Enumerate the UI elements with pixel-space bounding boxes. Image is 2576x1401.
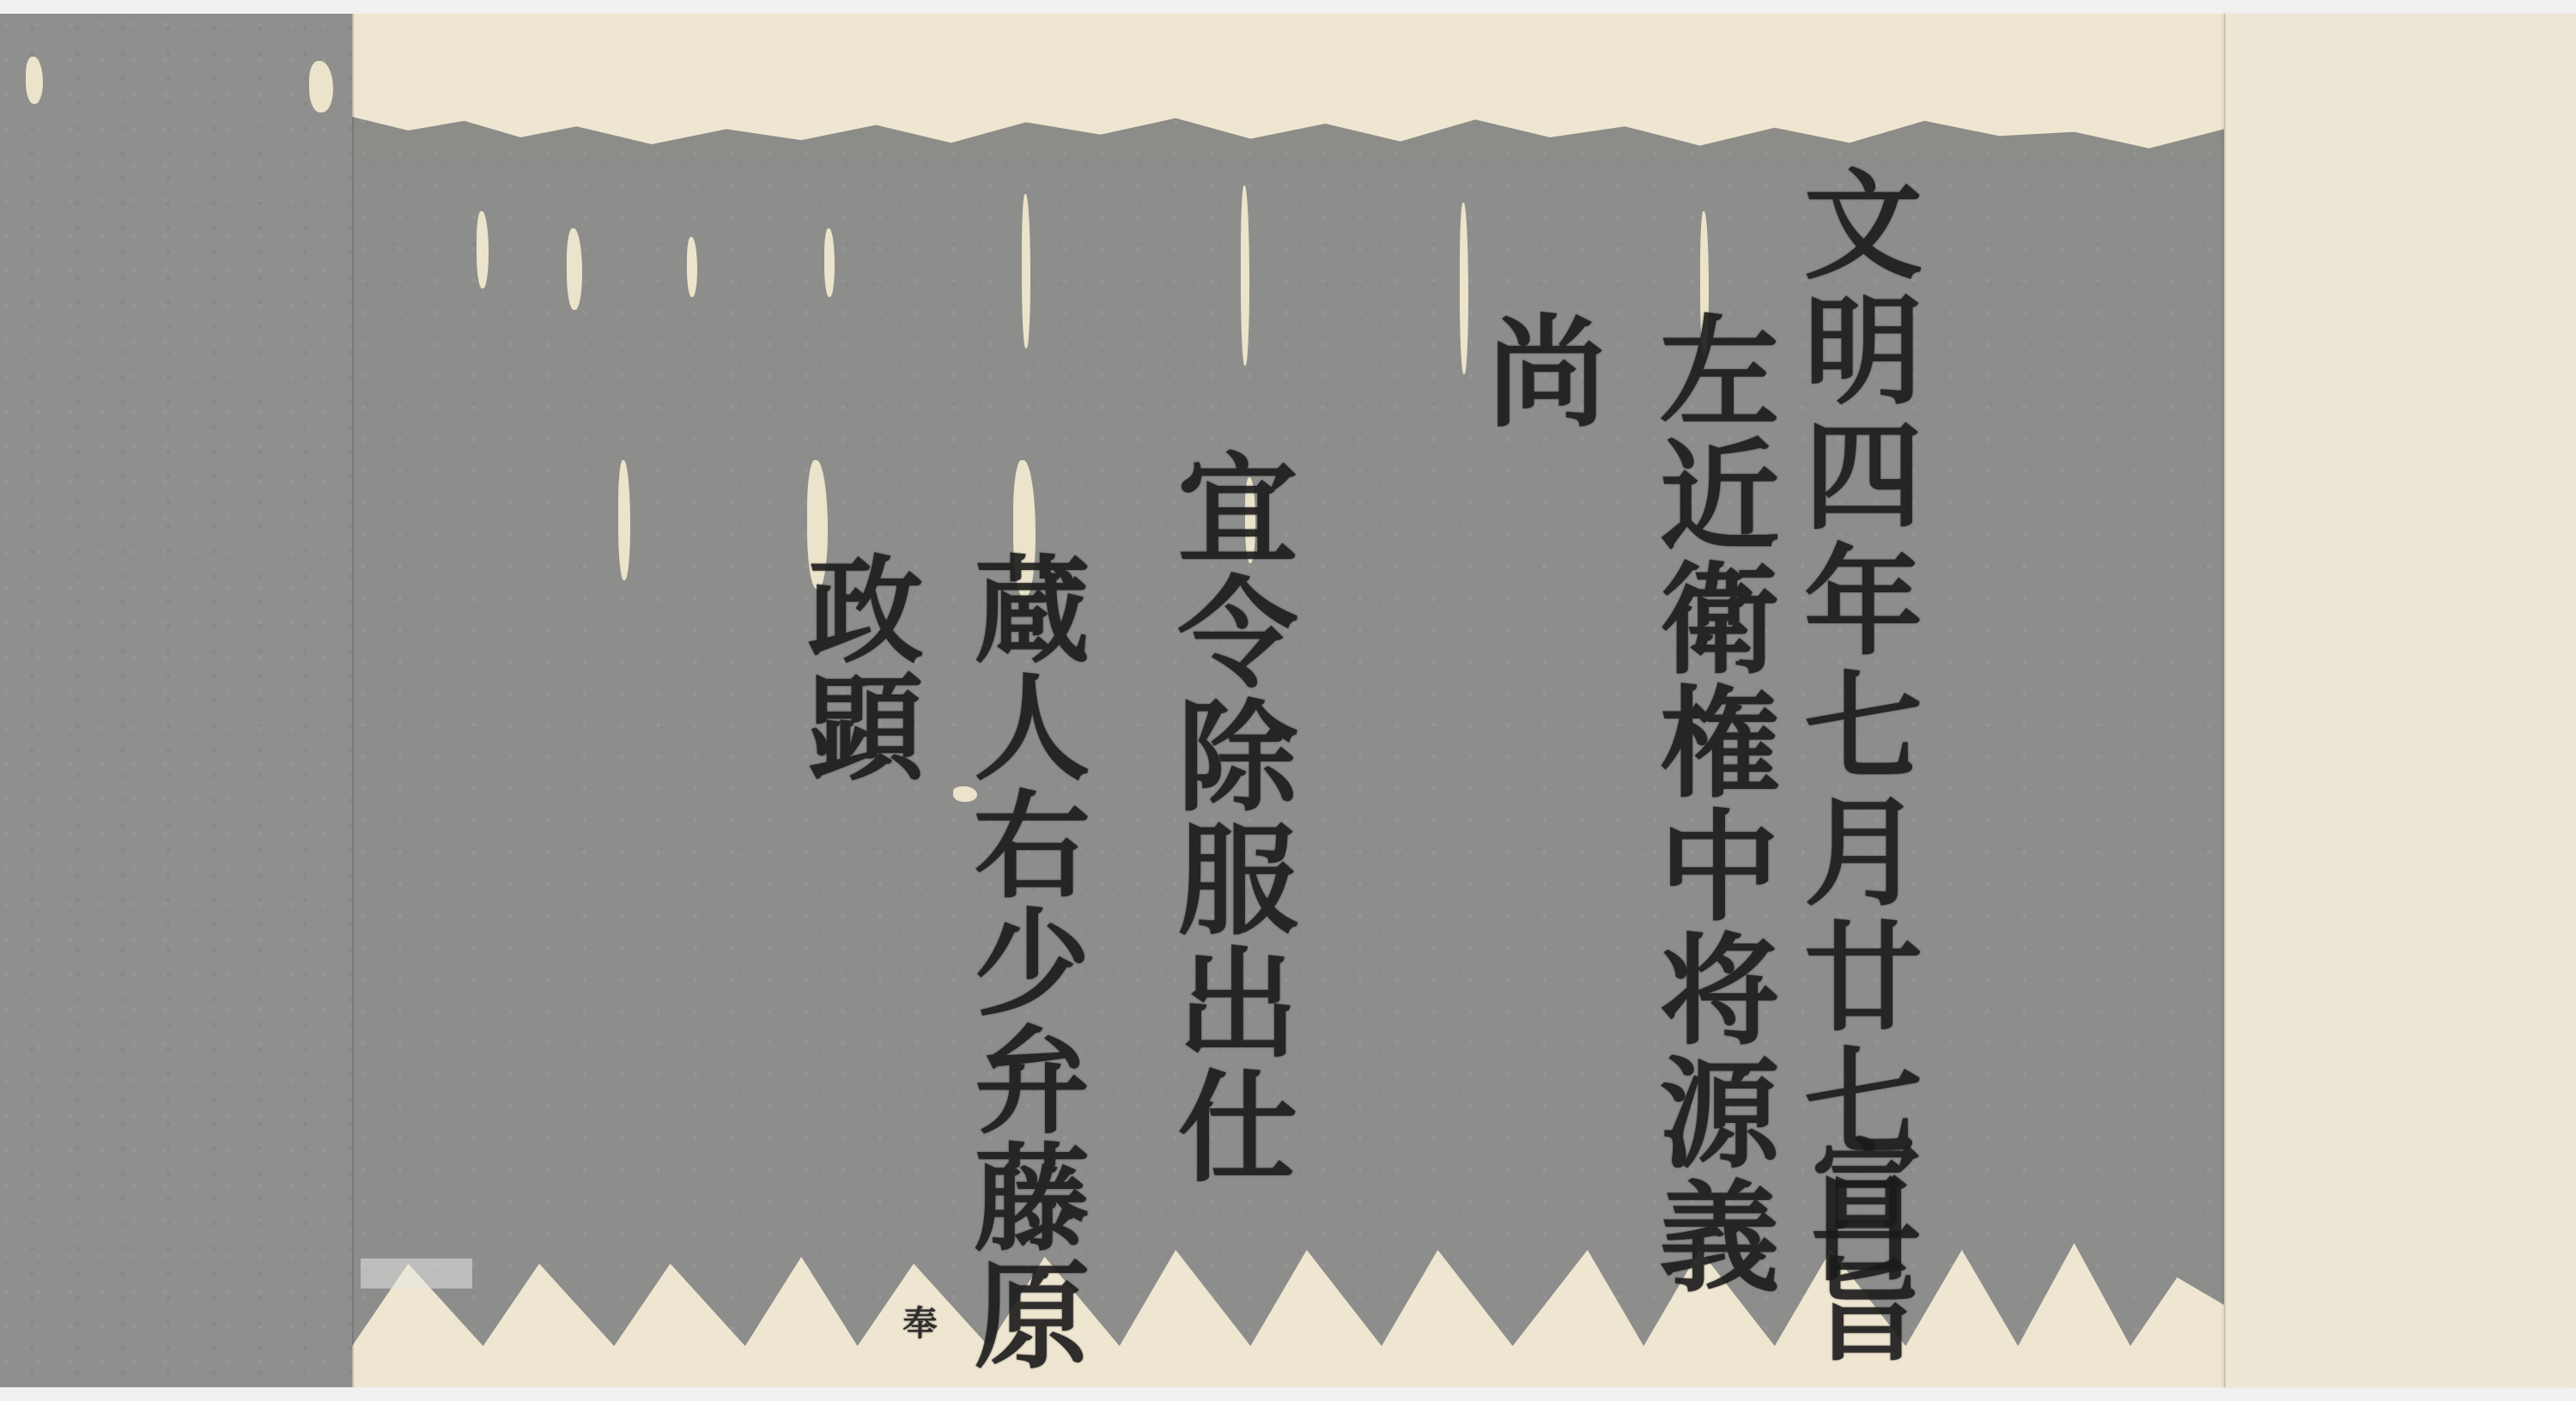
text-column-issuer: 蔵人右少弁藤原政顕	[773, 549, 1106, 1374]
calligraphy-text: 文明四年七月廿七日 宣旨 左近衛権中将源義尚 宜令除服出仕 蔵人右少弁藤原政顕 …	[0, 0, 2576, 1374]
text-column-date-suffix: 宣旨	[1777, 1133, 1938, 1370]
text-column-order: 宜令除服出仕	[1142, 446, 1315, 1188]
text-column-recipient: 左近衛権中将源義尚	[1451, 309, 1796, 1374]
text-column-closing: 奉	[893, 1305, 942, 1346]
